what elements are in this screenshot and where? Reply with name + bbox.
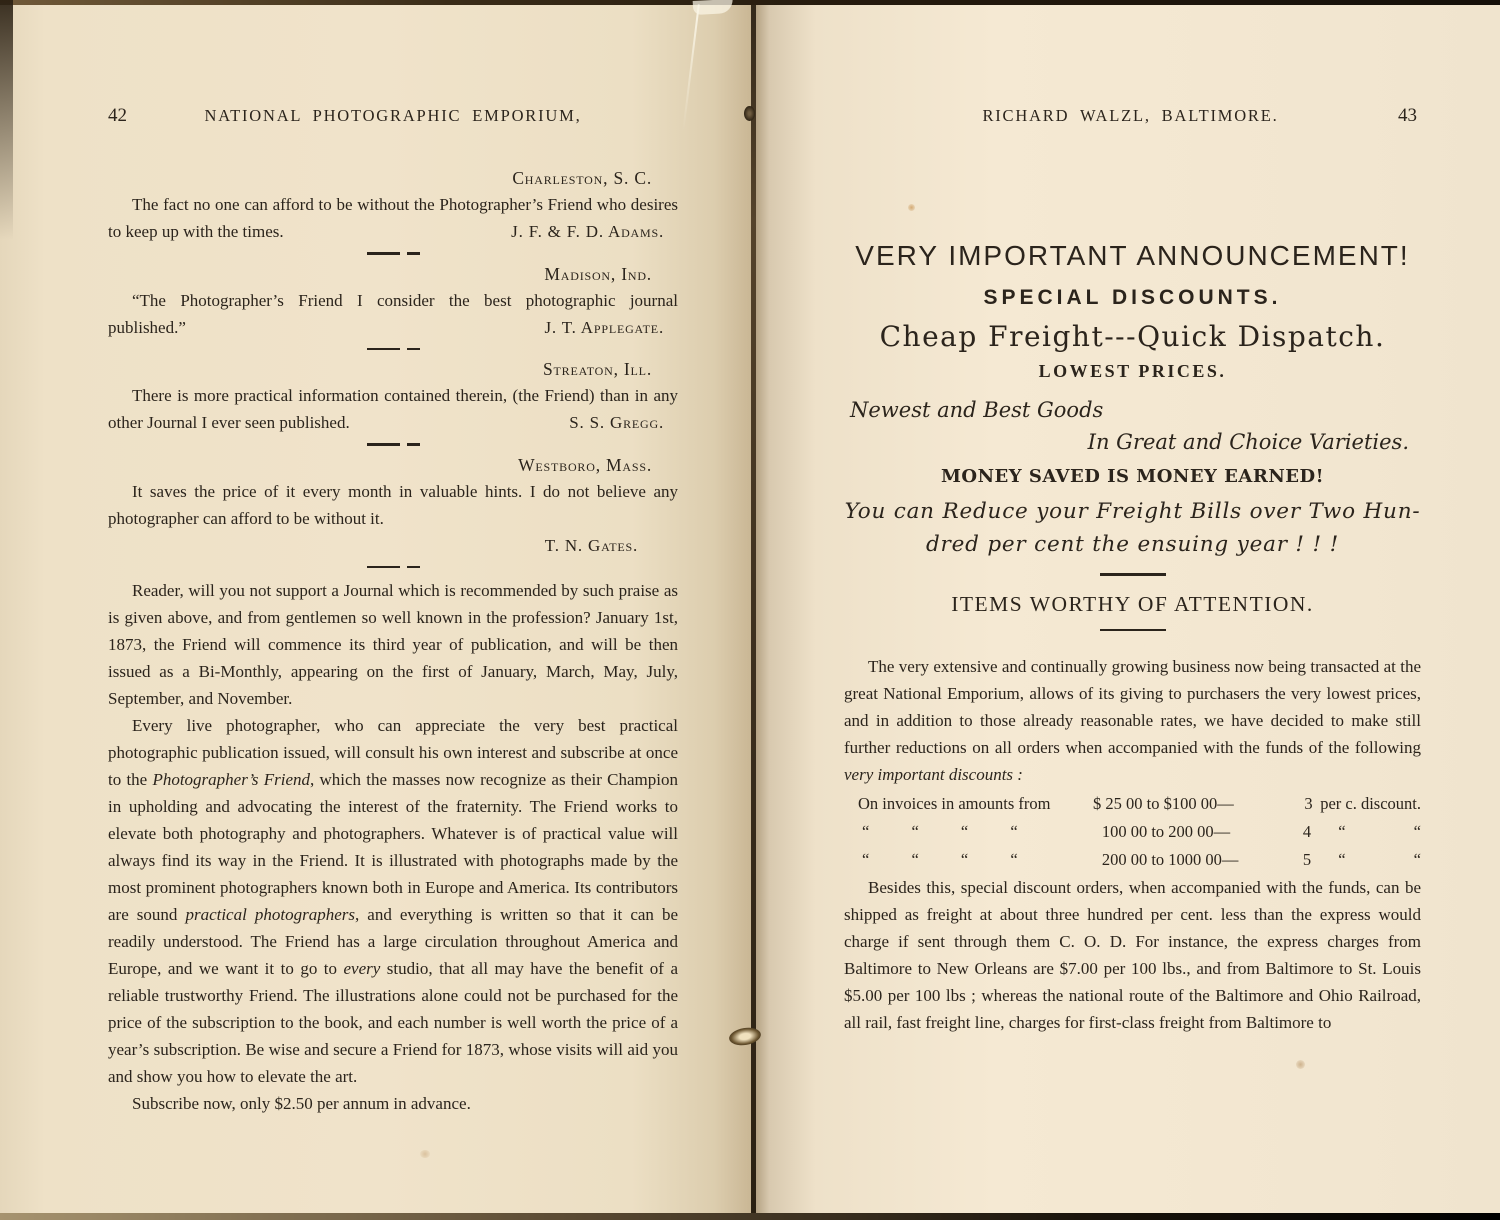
testimonial-body: There is more practical information cont… (108, 382, 678, 436)
testimonial-location: Madison, Ind. (108, 261, 678, 287)
paper-stain (1296, 1060, 1305, 1069)
left-running-title: NATIONAL PHOTOGRAPHIC EMPORIUM, (154, 106, 632, 126)
discount-cell: 100 00 to 200 00— (1086, 818, 1296, 846)
discount-cell: On invoices in amounts from (844, 790, 1093, 818)
discount-row: “ “ “ “ 100 00 to 200 00— 4 “ “ (844, 818, 1421, 846)
freight-paragraph: Besides this, special discount orders, w… (844, 874, 1421, 1036)
left-running-head: 42 NATIONAL PHOTOGRAPHIC EMPORIUM, (108, 105, 678, 127)
discount-table: On invoices in amounts from $ 25 00 to $… (844, 790, 1421, 874)
paragraph-segment: , which the masses now recognize as thei… (108, 770, 678, 924)
right-page-number: 43 (1371, 105, 1421, 127)
discount-cell-ditto: “ “ “ “ (844, 818, 1086, 846)
money-saved-heading: MONEY SAVED IS MONEY EARNED! (844, 466, 1421, 487)
freight-bills-line-2: dred per cent the ensuing year ! ! ! (844, 532, 1421, 557)
book-edge-top (0, 0, 1500, 5)
discount-cell: 3 (1297, 790, 1321, 818)
testimonial-madison: Madison, Ind. “The Photographer’s Friend… (108, 261, 678, 341)
discount-cell: per c. discount. (1320, 790, 1421, 818)
testimonial-streaton: Streaton, Ill. There is more practical i… (108, 356, 678, 436)
testimonial-signature: J. T. Applegate. (521, 314, 679, 341)
discount-cell-ditto: “ “ (1318, 846, 1421, 874)
testimonial-signature: J. F. & F. D. Adams. (487, 218, 678, 245)
stitch-hole-top (744, 106, 755, 121)
paragraph-segment-italic: practical photographers (185, 905, 355, 924)
discount-cell: 4 (1296, 818, 1318, 846)
discount-cell: 200 00 to 1000 00— (1086, 846, 1296, 874)
section-rule (1100, 629, 1166, 632)
paragraph-segment: studio, that all may have the benefit of… (108, 959, 678, 1086)
left-page-number: 42 (108, 105, 154, 127)
paragraph-subscribe: Subscribe now, only $2.50 per annum in a… (108, 1090, 678, 1117)
freight-bills-line-1: You can Reduce your Freight Bills over T… (844, 499, 1421, 524)
paragraph-every-photographer: Every live photographer, who can appreci… (108, 712, 678, 1090)
paragraph-segment-italic: Photographer’s Friend (152, 770, 310, 789)
book-edge-bottom (0, 1213, 1500, 1220)
paragraph-segment-italic: every (344, 959, 381, 978)
left-page: 42 NATIONAL PHOTOGRAPHIC EMPORIUM, Charl… (0, 5, 752, 1213)
section-divider (108, 348, 678, 351)
special-discounts-heading: SPECIAL DISCOUNTS. (844, 286, 1421, 310)
discount-cell-ditto: “ “ “ “ (844, 846, 1086, 874)
goods-line-left: Newest and Best Goods (844, 398, 1421, 422)
testimonial-body: The fact no one can afford to be without… (108, 191, 678, 245)
paper-stain (420, 1150, 430, 1158)
discount-row: On invoices in amounts from $ 25 00 to $… (844, 790, 1421, 818)
testimonial-location: Streaton, Ill. (108, 356, 678, 382)
discount-row: “ “ “ “ 200 00 to 1000 00— 5 “ “ (844, 846, 1421, 874)
section-divider (108, 443, 678, 446)
testimonial-charleston: Charleston, S. C. The fact no one can af… (108, 165, 678, 245)
testimonial-body: It saves the price of it every month in … (108, 478, 678, 532)
paragraph-segment-italic: very important discounts : (844, 765, 1023, 784)
items-worthy-heading: ITEMS WORTHY OF ATTENTION. (844, 592, 1421, 617)
testimonial-location: Charleston, S. C. (108, 165, 678, 191)
testimonial-body: “The Photographer’s Friend I consider th… (108, 287, 678, 341)
book-scan: 42 NATIONAL PHOTOGRAPHIC EMPORIUM, Charl… (0, 0, 1500, 1220)
testimonial-signature: S. S. Gregg. (545, 409, 678, 436)
right-running-title: RICHARD WALZL, BALTIMORE. (890, 106, 1371, 126)
right-page-content: RICHARD WALZL, BALTIMORE. 43 VERY IMPORT… (844, 105, 1421, 1036)
section-divider (108, 566, 678, 569)
paragraph-segment: The very extensive and continually growi… (844, 657, 1421, 757)
section-divider (108, 252, 678, 255)
paper-stain (908, 204, 915, 211)
discount-cell-ditto: “ “ (1318, 818, 1421, 846)
right-page: RICHARD WALZL, BALTIMORE. 43 VERY IMPORT… (756, 5, 1500, 1213)
items-paragraph: The very extensive and continually growi… (844, 653, 1421, 788)
cheap-freight-heading: Cheap Freight---Quick Dispatch. (844, 319, 1421, 355)
announcement-headline: VERY IMPORTANT ANNOUNCEMENT! (844, 239, 1421, 273)
lowest-prices-heading: LOWEST PRICES. (844, 361, 1421, 382)
discount-cell: $ 25 00 to $100 00— (1093, 790, 1297, 818)
right-running-head: RICHARD WALZL, BALTIMORE. 43 (844, 105, 1421, 127)
section-rule (1100, 573, 1166, 576)
testimonial-location: Westboro, Mass. (108, 452, 678, 478)
book-edge-left (0, 0, 13, 240)
testimonial-westboro: Westboro, Mass. It saves the price of it… (108, 452, 678, 559)
testimonial-signature: T. N. Gates. (108, 532, 678, 559)
discount-cell: 5 (1296, 846, 1318, 874)
left-page-content: 42 NATIONAL PHOTOGRAPHIC EMPORIUM, Charl… (108, 105, 678, 1117)
goods-line-right: In Great and Choice Varieties. (844, 430, 1421, 454)
paragraph-reader: Reader, will you not support a Journal w… (108, 577, 678, 712)
